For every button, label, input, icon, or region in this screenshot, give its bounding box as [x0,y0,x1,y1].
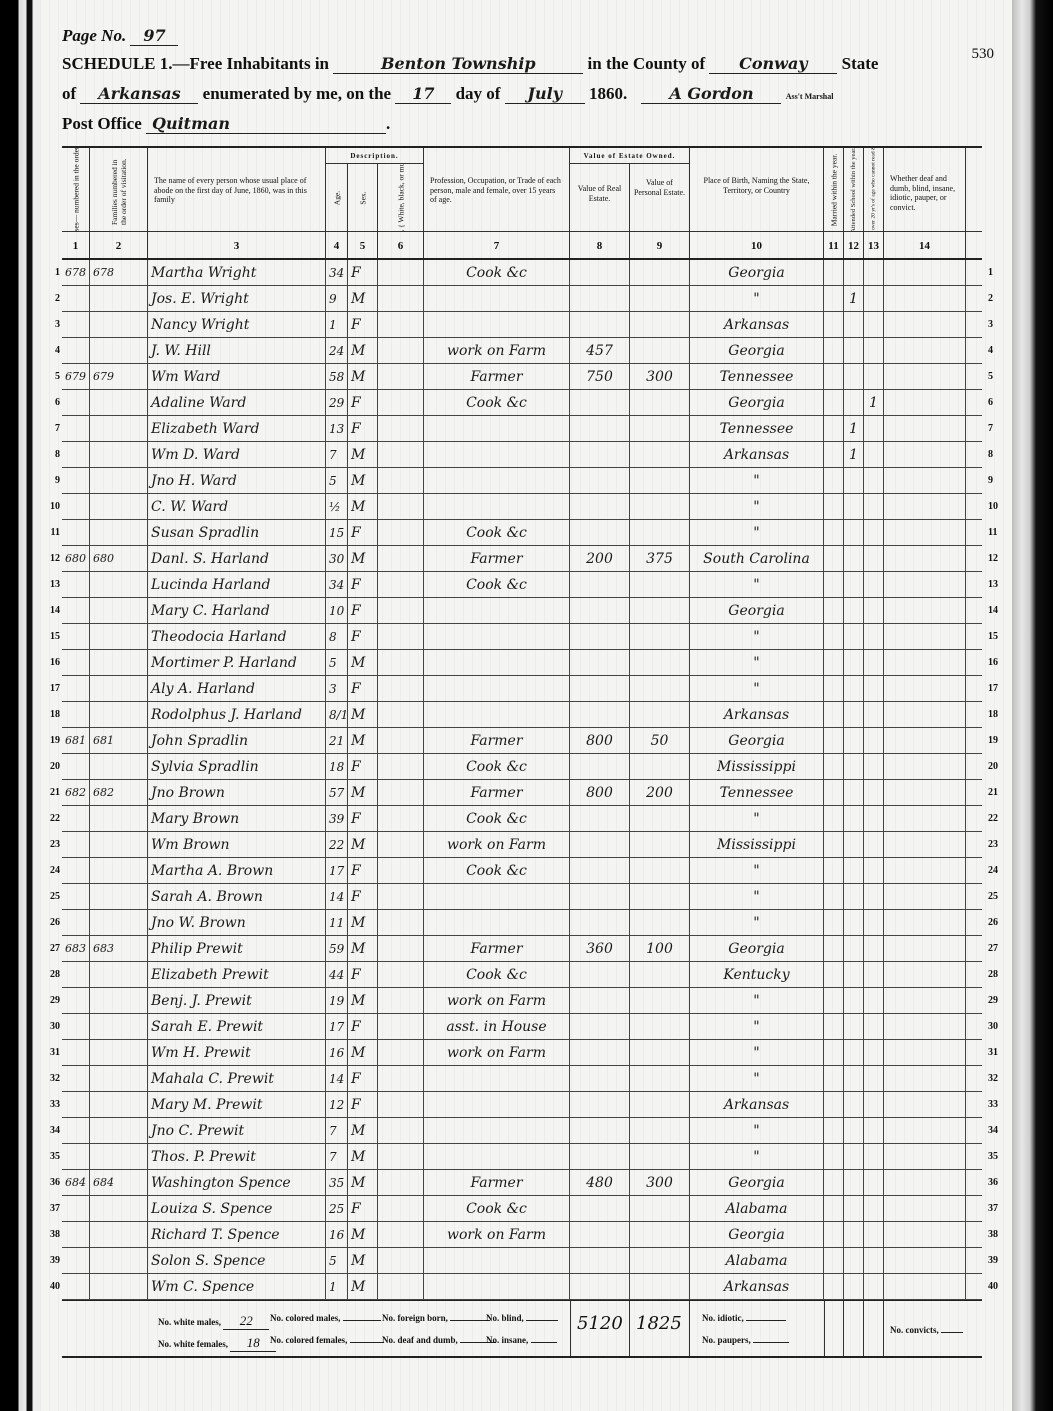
post-office-value: Quitman [146,114,386,134]
person-color [378,364,424,389]
birthplace: Georgia [690,1170,824,1195]
col-header-disability: Whether deaf and dumb, blind, insane, id… [884,148,966,231]
person-name: Jno Brown [148,780,326,805]
person-color [378,806,424,831]
line-number-right: 20 [988,754,1010,780]
married-mark [824,1196,844,1221]
summary-footer: No. white males, 22 No. white females, 1… [62,1300,982,1358]
real-estate-value [570,910,630,935]
personal-estate-value: 300 [630,1170,690,1195]
family-number [90,1144,148,1169]
personal-estate-value [630,832,690,857]
real-estate-value [570,962,630,987]
line-number-right: 14 [988,598,1010,624]
school-mark [844,1066,864,1091]
person-occupation [424,286,570,311]
person-name: Wm H. Prewit [148,1040,326,1065]
page-number-value: 97 [130,26,178,46]
dwelling-number [62,286,90,311]
birthplace: Georgia [690,260,824,285]
table-row: 21682682Jno Brown57MFarmer800200Tennesse… [62,780,982,806]
illiterate-mark [864,312,884,337]
person-name: Sarah A. Brown [148,884,326,909]
line-number-right: 8 [988,442,1010,468]
family-number [90,1222,148,1247]
line-number-left: 15 [44,624,60,650]
person-age: 5 [326,468,348,493]
birthplace: " [690,650,824,675]
scan-left-border [0,0,40,1411]
disability-note [884,910,966,935]
person-color [378,884,424,909]
person-color [378,1066,424,1091]
school-mark [844,338,864,363]
disability-note [884,702,966,727]
married-mark [824,936,844,961]
person-name: Jno W. Brown [148,910,326,935]
birthplace: Georgia [690,338,824,363]
person-age: 59 [326,936,348,961]
person-occupation: Farmer [424,1170,570,1195]
person-sex: F [348,572,378,597]
person-occupation [424,1274,570,1299]
table-row: 27683683Philip Prewit59MFarmer360100Geor… [62,936,982,962]
person-sex: F [348,962,378,987]
disability-note [884,1040,966,1065]
birthplace: Alabama [690,1196,824,1221]
line-number-right: 12 [988,546,1010,572]
table-row: 5679679Wm Ward58MFarmer750300Tennessee5 [62,364,982,390]
line-number-right: 39 [988,1248,1010,1274]
person-occupation: work on Farm [424,1040,570,1065]
person-color [378,988,424,1013]
family-number [90,1118,148,1143]
person-age: 7 [326,1144,348,1169]
illiterate-mark [864,598,884,623]
personal-estate-value [630,1222,690,1247]
school-mark [844,910,864,935]
person-name: Sarah E. Prewit [148,1014,326,1039]
table-row: 2Jos. E. Wright9M"12 [62,286,982,312]
disability-note [884,780,966,805]
col-num-11: 11 [824,232,844,258]
table-row: 23Wm Brown22Mwork on FarmMississippi23 [62,832,982,858]
personal-estate-value [630,286,690,311]
disability-note [884,364,966,389]
real-estate-value [570,1248,630,1273]
real-estate-value [570,1118,630,1143]
birthplace: " [690,988,824,1013]
illiterate-mark [864,1274,884,1299]
school-mark [844,520,864,545]
school-mark [844,390,864,415]
married-mark [824,598,844,623]
dwelling-number [62,702,90,727]
personal-estate-value: 50 [630,728,690,753]
person-age: 14 [326,884,348,909]
family-number [90,286,148,311]
person-age: ½ [326,494,348,519]
personal-estate-value [630,260,690,285]
real-estate-value [570,1092,630,1117]
person-sex: F [348,1196,378,1221]
real-estate-value [570,884,630,909]
school-mark [844,494,864,519]
person-sex: M [348,910,378,935]
line-number-left: 23 [44,832,60,858]
school-mark [844,1248,864,1273]
table-row: 24Martha A. Brown17FCook &c"24 [62,858,982,884]
family-number [90,1248,148,1273]
personal-estate-value [630,754,690,779]
illiterate-mark [864,988,884,1013]
person-name: Elizabeth Prewit [148,962,326,987]
school-mark [844,1118,864,1143]
illiterate-mark [864,338,884,363]
table-row: 3Nancy Wright1FArkansas3 [62,312,982,338]
illiterate-mark [864,1040,884,1065]
line-number-right: 19 [988,728,1010,754]
dwelling-number [62,1040,90,1065]
person-sex: F [348,520,378,545]
person-name: Louiza S. Spence [148,1196,326,1221]
line-number-left: 27 [44,936,60,962]
illiterate-mark [864,832,884,857]
line-number-left: 12 [44,546,60,572]
birthplace: Georgia [690,936,824,961]
person-age: 44 [326,962,348,987]
person-sex: M [348,780,378,805]
line-number-left: 9 [44,468,60,494]
illiterate-mark [864,364,884,389]
disability-note [884,988,966,1013]
person-color [378,1118,424,1143]
disability-note [884,624,966,649]
personal-estate-value [630,1066,690,1091]
person-occupation: work on Farm [424,338,570,363]
table-row: 22Mary Brown39FCook &c"22 [62,806,982,832]
person-sex: F [348,858,378,883]
col-num-9: 9 [630,232,690,258]
dwelling-number [62,1196,90,1221]
married-mark [824,390,844,415]
real-estate-value: 480 [570,1170,630,1195]
family-number [90,416,148,441]
real-estate-value: 800 [570,728,630,753]
school-mark [844,260,864,285]
person-name: Lucinda Harland [148,572,326,597]
census-page: Page No. 97 530 SCHEDULE 1.—Free Inhabit… [40,0,1012,1411]
person-sex: M [348,364,378,389]
personal-estate-total: 1825 [636,1313,682,1334]
school-mark: 1 [844,442,864,467]
line-number-right: 26 [988,910,1010,936]
real-estate-value [570,286,630,311]
person-sex: M [348,650,378,675]
school-mark [844,858,864,883]
person-age: 24 [326,338,348,363]
disability-note [884,442,966,467]
person-color [378,286,424,311]
col-header-school: Attended School within the year. [844,148,864,231]
family-number [90,702,148,727]
disability-note [884,1196,966,1221]
person-name: Mahala C. Prewit [148,1066,326,1091]
enumeration-line: of Arkansas enumerated by me, on the 17 … [62,84,833,104]
col-header-family: Families numbered in the order of visita… [90,148,148,231]
column-numbers: 1 2 3 4 5 6 7 8 9 10 11 12 13 14 [62,232,982,260]
real-estate-value [570,858,630,883]
line-number-left: 24 [44,858,60,884]
personal-estate-value [630,806,690,831]
disability-note [884,676,966,701]
school-mark [844,1196,864,1221]
birthplace: " [690,468,824,493]
school-mark [844,1144,864,1169]
person-occupation: Farmer [424,728,570,753]
table-row: 29Benj. J. Prewit19Mwork on Farm"29 [62,988,982,1014]
col-num-10: 10 [690,232,824,258]
person-age: 16 [326,1222,348,1247]
family-number: 681 [90,728,148,753]
line-number-left: 36 [44,1170,60,1196]
table-row: 14Mary C. Harland10FGeorgia14 [62,598,982,624]
col-num-3: 3 [148,232,326,258]
person-occupation [424,910,570,935]
school-mark [844,312,864,337]
school-mark [844,962,864,987]
line-number-right: 4 [988,338,1010,364]
birthplace: Arkansas [690,442,824,467]
person-age: 22 [326,832,348,857]
person-color [378,1170,424,1195]
person-color [378,390,424,415]
personal-estate-value [630,650,690,675]
person-age: 21 [326,728,348,753]
personal-estate-value [630,468,690,493]
line-number-left: 31 [44,1040,60,1066]
line-number-left: 32 [44,1066,60,1092]
line-number-right: 25 [988,884,1010,910]
school-mark [844,624,864,649]
real-estate-value [570,1274,630,1299]
person-age: 30 [326,546,348,571]
person-age: 13 [326,416,348,441]
person-sex: M [348,832,378,857]
person-age: 7 [326,442,348,467]
disability-note [884,416,966,441]
person-occupation [424,1066,570,1091]
line-number-left: 17 [44,676,60,702]
person-sex: F [348,624,378,649]
line-number-right: 37 [988,1196,1010,1222]
table-row: 34Jno C. Prewit7M"34 [62,1118,982,1144]
person-occupation: work on Farm [424,1222,570,1247]
person-occupation: Cook &c [424,390,570,415]
real-estate-value [570,260,630,285]
family-number: 678 [90,260,148,285]
table-row: 35Thos. P. Prewit7M"35 [62,1144,982,1170]
dwelling-number: 681 [62,728,90,753]
person-age: 14 [326,1066,348,1091]
married-mark [824,338,844,363]
person-sex: M [348,468,378,493]
person-color [378,910,424,935]
person-color [378,1248,424,1273]
school-mark [844,1092,864,1117]
dwelling-number [62,1274,90,1299]
dwelling-number [62,1092,90,1117]
person-sex: F [348,1066,378,1091]
birthplace: Tennessee [690,364,824,389]
dwelling-number [62,390,90,415]
day-of-label: day of [456,84,501,103]
person-sex: M [348,988,378,1013]
illiterate-mark [864,728,884,753]
family-number: 680 [90,546,148,571]
personal-estate-value [630,1274,690,1299]
col-num-4: 4 [326,232,348,258]
family-number [90,988,148,1013]
disability-note [884,806,966,831]
person-occupation [424,1248,570,1273]
dwelling-number [62,442,90,467]
line-number-right: 33 [988,1092,1010,1118]
person-occupation [424,624,570,649]
person-color [378,754,424,779]
table-row: 37Louiza S. Spence25FCook &cAlabama37 [62,1196,982,1222]
person-color [378,624,424,649]
dwelling-number: 684 [62,1170,90,1195]
married-mark [824,494,844,519]
person-sex: M [348,1274,378,1299]
illiterate-mark [864,520,884,545]
family-number: 683 [90,936,148,961]
birthplace: " [690,624,824,649]
married-mark [824,910,844,935]
disability-note [884,494,966,519]
person-name: Thos. P. Prewit [148,1144,326,1169]
illiterate-mark [864,286,884,311]
family-number: 684 [90,1170,148,1195]
family-number [90,312,148,337]
line-number-right: 24 [988,858,1010,884]
married-mark [824,1144,844,1169]
personal-estate-value [630,598,690,623]
line-number-left: 1 [44,260,60,286]
schedule-line: SCHEDULE 1.—Free Inhabitants in Benton T… [62,54,878,74]
table-row: 31Wm H. Prewit16Mwork on Farm"31 [62,1040,982,1066]
page-number-label: Page No. [62,26,126,45]
person-sex: M [348,286,378,311]
white-males-field: No. white males, 22 [158,1313,269,1330]
person-age: 25 [326,1196,348,1221]
person-sex: F [348,312,378,337]
real-estate-value: 750 [570,364,630,389]
line-number-right: 3 [988,312,1010,338]
table-row: 25Sarah A. Brown14F"25 [62,884,982,910]
disability-note [884,832,966,857]
person-color [378,572,424,597]
family-number [90,650,148,675]
family-number [90,676,148,701]
personal-estate-value [630,676,690,701]
personal-estate-value: 375 [630,546,690,571]
dwelling-number [62,884,90,909]
person-name: John Spradlin [148,728,326,753]
line-number-right: 21 [988,780,1010,806]
day-value: 17 [395,84,451,104]
dwelling-number [62,910,90,935]
state-label: State [842,54,879,73]
person-age: 9 [326,286,348,311]
married-mark [824,1274,844,1299]
person-age: 8 [326,624,348,649]
person-age: 35 [326,1170,348,1195]
married-mark [824,780,844,805]
married-mark [824,832,844,857]
dwelling-number [62,1118,90,1143]
disability-note [884,858,966,883]
table-row: 4J. W. Hill24Mwork on Farm457Georgia4 [62,338,982,364]
table-row: 16Mortimer P. Harland5M"16 [62,650,982,676]
family-number [90,572,148,597]
personal-estate-value [630,1092,690,1117]
disability-note [884,754,966,779]
line-number-left: 34 [44,1118,60,1144]
married-mark [824,1248,844,1273]
person-sex: F [348,1014,378,1039]
birthplace: Arkansas [690,312,824,337]
line-number-right: 16 [988,650,1010,676]
school-mark [844,728,864,753]
illiterate-mark [864,754,884,779]
person-color [378,338,424,363]
school-mark [844,650,864,675]
birthplace: " [690,286,824,311]
person-occupation [424,442,570,467]
table-row: 17Aly A. Harland3F"17 [62,676,982,702]
family-number [90,1092,148,1117]
married-mark [824,988,844,1013]
person-occupation: Cook &c [424,260,570,285]
insane-field: No. insane, [486,1335,557,1345]
birthplace: " [690,858,824,883]
married-mark [824,676,844,701]
illiterate-mark [864,442,884,467]
illiterate-mark [864,416,884,441]
person-sex: F [348,884,378,909]
person-sex: F [348,1092,378,1117]
person-age: 57 [326,780,348,805]
married-mark [824,442,844,467]
disability-note [884,962,966,987]
table-row: 28Elizabeth Prewit44FCook &cKentucky28 [62,962,982,988]
person-color [378,728,424,753]
illiterate-mark [864,884,884,909]
married-mark [824,260,844,285]
disability-note [884,260,966,285]
personal-estate-value [630,962,690,987]
line-number-left: 38 [44,1222,60,1248]
table-row: 13Lucinda Harland34FCook &c"13 [62,572,982,598]
line-number-right: 13 [988,572,1010,598]
person-occupation [424,416,570,441]
school-mark [844,598,864,623]
school-mark [844,832,864,857]
col-num-5: 5 [348,232,378,258]
dwelling-number [62,1248,90,1273]
